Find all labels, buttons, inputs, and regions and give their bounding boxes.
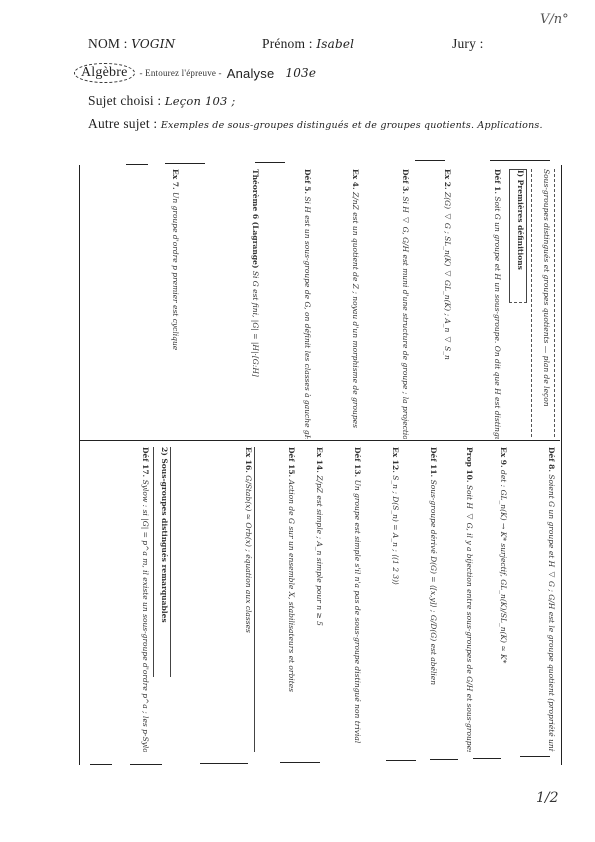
- note-text: Soient G un groupe et H ◁ G ; G/H est le…: [547, 474, 556, 752]
- note-label: Ex 12.: [391, 447, 400, 473]
- rule: [280, 762, 320, 763]
- note-label: Déf 8.: [547, 447, 556, 472]
- note-label: Déf 1.: [493, 169, 502, 194]
- note-block-theorem6: Théorème 6 (Lagrange) Si G est fini, |G|…: [213, 169, 261, 439]
- notes-area: Sous-groupes distingués et groupes quoti…: [79, 165, 562, 765]
- prenom-value: Isabel: [316, 37, 354, 51]
- epreuve-option-algebre[interactable]: Algèbre: [74, 63, 135, 83]
- epreuve-selector: Algèbre - Entourez l'épreuve - Analyse 1…: [74, 63, 316, 83]
- note-text: Si H ◁ G, G/H est muni d'une structure d…: [401, 196, 410, 439]
- note-text: Si G est fini, |G| = |H|·[G:H]: [251, 271, 260, 377]
- note-text: Action de G sur un ensemble X, stabilisa…: [287, 480, 296, 692]
- note-block-ex12: Ex 12. S_n ; D(S_n) = A_n ; ⟨(1 2 3)⟩: [371, 447, 401, 752]
- rule: [430, 759, 458, 760]
- note-text: Z/nZ est un quotient de Z ; noyau d'un m…: [351, 192, 360, 428]
- notes-title: Sous-groupes distingués et groupes quoti…: [542, 169, 551, 407]
- note-label: Ex 4.: [351, 169, 360, 190]
- note-label: Ex 9.: [499, 447, 508, 468]
- prenom-label: Prénom :: [262, 36, 313, 51]
- note-block-ex16: Ex 16. G/Stab(x) ≃ Orb(x) ; équation aux…: [174, 447, 255, 752]
- note-label: Déf 11.: [429, 447, 438, 477]
- note-block-def15: Déf 15. Action de G sur un ensemble X, s…: [261, 447, 297, 752]
- note-block-def17: Déf 17. Sylow : si |G| = p^a m, il exist…: [91, 447, 151, 752]
- section-heading-2-box: 2) Sous-groupes distingués remarquables: [153, 447, 171, 677]
- rule: [415, 160, 445, 161]
- note-text: Soit G un groupe et H un sous-groupe. On…: [493, 196, 502, 439]
- note-text: Sous-groupe dérivé D(G) = ⟨[x,y]⟩ ; G/D(…: [429, 480, 438, 686]
- sujet-choisi-value: Leçon 103 ;: [165, 94, 236, 108]
- note-block-ex7: Ex 7. Un groupe d'ordre p premier est cy…: [141, 169, 181, 439]
- epreuve-number: 103e: [285, 66, 316, 80]
- note-block-def3: Déf 3. Si H ◁ G, G/H est muni d'une stru…: [369, 169, 411, 439]
- page-number: 1/2: [536, 790, 559, 806]
- note-label: Déf 13.: [353, 447, 362, 477]
- note-block-ex14: Ex 14. Z/pZ est simple ; A_n simple pour…: [303, 447, 325, 752]
- nom-field: NOM : VOGIN: [88, 36, 175, 52]
- note-label: Théorème 6 (Lagrange): [251, 169, 260, 268]
- sujet-choisi-label: Sujet choisi :: [88, 93, 161, 108]
- note-label: Ex 16.: [244, 447, 253, 473]
- rule: [130, 764, 162, 765]
- autre-sujet-label: Autre sujet :: [88, 116, 157, 131]
- note-label: Déf 17.: [141, 447, 150, 477]
- note-label: Déf 15.: [287, 447, 296, 477]
- autre-sujet-value: Exemples de sous-groupes distingués et d…: [161, 120, 543, 131]
- rule: [473, 758, 501, 759]
- note-block-def1: Déf 1. Soit G un groupe et H un sous-gro…: [465, 169, 503, 439]
- note-label: Déf 5.: [303, 169, 312, 194]
- note-text: Sylow : si |G| = p^a m, il existe un sou…: [141, 480, 150, 752]
- rule: [520, 756, 550, 757]
- note-block-prop10: Prop 10. Soit H ◁ G, il y a bijection en…: [445, 447, 475, 752]
- note-text: det : GL_n(K) → K* surjectif, GL_n(K)/SL…: [499, 470, 508, 663]
- note-text: Un groupe est simple s'il n'a pas de sou…: [353, 480, 362, 744]
- rule: [255, 162, 285, 163]
- note-label: Prop 10.: [465, 447, 474, 483]
- note-block-ex2: Ex 2. Z(G) ◁ G ; SL_n(K) ◁ GL_n(K) ; A_n…: [417, 169, 453, 439]
- jury-label: Jury :: [452, 36, 484, 52]
- section-heading-box: I) Premières définitions: [509, 169, 527, 303]
- note-label: Ex 14.: [315, 447, 324, 473]
- note-block-ex4: Ex 4. Z/nZ est un quotient de Z ; noyau …: [321, 169, 361, 439]
- note-label: Ex 2.: [443, 169, 452, 190]
- rule: [165, 163, 205, 164]
- note-label: Ex 7.: [171, 169, 180, 190]
- rule: [490, 160, 550, 161]
- note-block-def13: Déf 13. Un groupe est simple s'il n'a pa…: [333, 447, 363, 752]
- nom-label: NOM :: [88, 36, 128, 51]
- section-heading: 2) Sous-groupes distingués remarquables: [160, 447, 169, 623]
- rule: [200, 763, 248, 764]
- note-text: S_n ; D(S_n) = A_n ; ⟨(1 2 3)⟩: [391, 475, 400, 585]
- note-text: G/Stab(x) ≃ Orb(x) ; équation aux classe…: [244, 475, 253, 633]
- note-text: Un groupe d'ordre p premier est cyclique: [171, 192, 180, 350]
- epreuve-instruction: - Entourez l'épreuve -: [140, 68, 222, 78]
- note-block-ex9: Ex 9. det : GL_n(K) → K* surjectif, GL_n…: [481, 447, 509, 752]
- note-text: Z(G) ◁ G ; SL_n(K) ◁ GL_n(K) ; A_n ◁ S_n: [443, 192, 452, 360]
- corner-mark: V/n°: [540, 12, 569, 27]
- note-block-def8: Déf 8. Soient G un groupe et H ◁ G ; G/H…: [517, 447, 557, 752]
- autre-sujet-field: Autre sujet : Exemples de sous-groupes d…: [88, 116, 543, 132]
- note-text: Si H est un sous-groupe de G, on définit…: [303, 196, 312, 439]
- note-block-def5: Déf 5. Si H est un sous-groupe de G, on …: [273, 169, 313, 439]
- notes-title-column: Sous-groupes distingués et groupes quoti…: [531, 169, 555, 437]
- note-text: Soit H ◁ G, il y a bijection entre sous-…: [465, 485, 474, 752]
- note-text: Z/pZ est simple ; A_n simple pour n ≥ 5: [315, 475, 324, 626]
- rule: [386, 760, 416, 761]
- note-label: Déf 3.: [401, 169, 410, 194]
- section-heading: I) Premières définitions: [516, 170, 525, 270]
- note-block-def11: Déf 11. Sous-groupe dérivé D(G) = ⟨[x,y]…: [409, 447, 439, 752]
- nom-value: VOGIN: [131, 37, 175, 51]
- epreuve-option-analyse[interactable]: Analyse: [227, 66, 275, 81]
- rule: [90, 764, 112, 765]
- prenom-field: Prénom : Isabel: [262, 36, 354, 52]
- sujet-choisi-field: Sujet choisi : Leçon 103 ;: [88, 93, 235, 109]
- section-divider: [79, 440, 560, 441]
